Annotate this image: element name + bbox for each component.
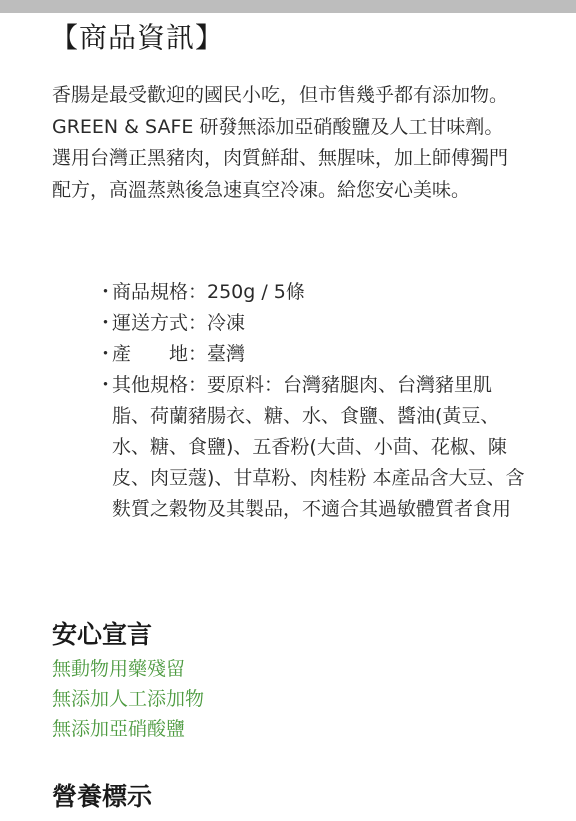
nutrition-heading: 營養標示 xyxy=(52,780,152,814)
product-info-title: 【商品資訊】 xyxy=(50,18,224,58)
spec-list: ・商品規格：250g / 5條 ・運送方式：冷凍 ・產 地：臺灣 ・其他規格：要… xyxy=(96,277,526,525)
safety-item: 無添加亞硝酸鹽 xyxy=(52,714,204,744)
bullet-icon: ・ xyxy=(96,370,115,401)
safety-list: 無動物用藥殘留 無添加人工添加物 無添加亞硝酸鹽 xyxy=(52,654,204,744)
bullet-icon: ・ xyxy=(96,339,115,370)
spec-item-size: ・商品規格：250g / 5條 xyxy=(96,277,526,308)
top-divider-bar xyxy=(0,0,576,13)
spec-item-ingredients: ・其他規格：要原料：台灣豬腿肉、台灣豬里肌脂、荷蘭豬腸衣、糖、水、食鹽、醬油(黃… xyxy=(96,370,526,525)
safety-declaration-heading: 安心宣言 xyxy=(52,618,152,652)
safety-item: 無添加人工添加物 xyxy=(52,684,204,714)
spec-item-origin: ・產 地：臺灣 xyxy=(96,339,526,370)
safety-item: 無動物用藥殘留 xyxy=(52,654,204,684)
bullet-icon: ・ xyxy=(96,308,115,339)
bullet-icon: ・ xyxy=(96,277,115,308)
spec-item-shipping: ・運送方式：冷凍 xyxy=(96,308,526,339)
product-description: 香腸是最受歡迎的國民小吃，但市售幾乎都有添加物。GREEN & SAFE 研發無… xyxy=(52,80,522,206)
description-text: 香腸是最受歡迎的國民小吃，但市售幾乎都有添加物。GREEN & SAFE 研發無… xyxy=(52,80,522,206)
